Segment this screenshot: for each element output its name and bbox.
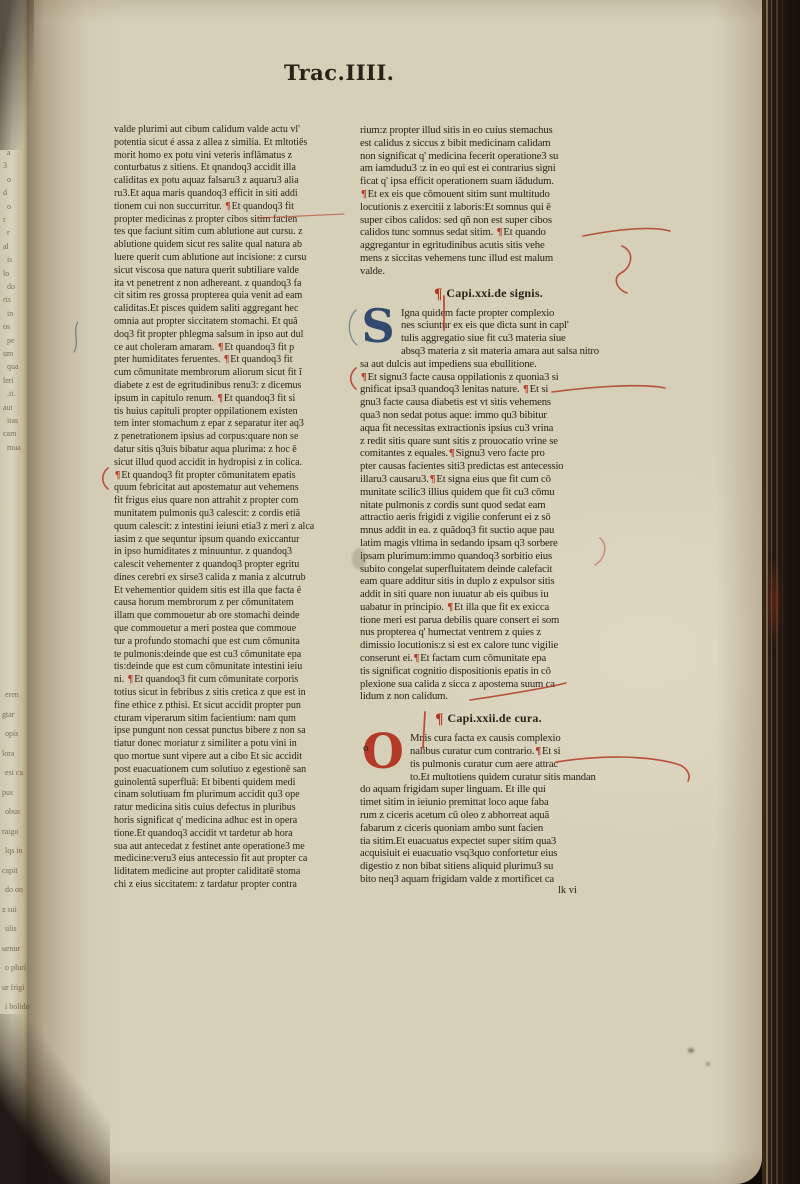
text-line: tia sitim.Et euacuatus expectet super si… xyxy=(360,835,616,848)
text-line: valde. xyxy=(360,265,616,278)
text-line: z penetrationem ipsius ad corpus:quare n… xyxy=(114,431,346,444)
edge-text-fragment: pe xyxy=(7,336,15,345)
edge-text-fragment: o xyxy=(7,202,11,211)
edge-text-fragment: eren xyxy=(5,690,19,699)
text-line: am iamdudu3 :z in eo qui est ei contrari… xyxy=(360,162,616,175)
edge-text-fragment: os xyxy=(3,322,10,331)
show-through-stain xyxy=(352,548,366,570)
text-line: nus propterea q' humectat ventrem z quie… xyxy=(360,626,616,639)
paragraph-de-signis: S Igna quidem facte propter complexiones… xyxy=(360,307,616,704)
text-line: tiatur donec moriatur z similiter a potu… xyxy=(114,738,346,751)
edge-text-fragment: lora xyxy=(2,749,14,758)
edge-text-fragment: pus xyxy=(2,788,13,797)
text-line: causa horum membrorum z per cōmunitatem xyxy=(114,597,346,610)
pilcrow-mark: ¶ xyxy=(446,601,454,613)
text-line: aqua fit necessitas extractionis ipsius … xyxy=(360,422,616,435)
text-line: non significat q' medicina fecerit opera… xyxy=(360,150,616,163)
text-line: Et vehementior quidem sitis est illa que… xyxy=(114,585,346,598)
paragraph-de-cura: Oo Mnis cura facta ex causis complexiona… xyxy=(360,732,616,886)
text-line: tulis aggregatio siue fit cu3 materia si… xyxy=(360,332,616,345)
edge-text-fragment: lqs in xyxy=(5,846,23,855)
text-line: totius sicut in febribus z sitis cretica… xyxy=(114,687,346,700)
pilcrow-mark: ¶ xyxy=(360,371,368,383)
chapter-heading-text: Capi.xxii.de cura. xyxy=(448,711,542,725)
edge-text-fragment: z sui xyxy=(2,905,17,914)
text-line: nes sciuntur ex eis que dicta sunt in ca… xyxy=(360,319,616,332)
text-line: est calidus z siccus z bibit medicinam c… xyxy=(360,137,616,150)
text-line: ipse pungunt non cessat punctus bibere z… xyxy=(114,725,346,738)
edge-text-fragment: ris xyxy=(3,295,11,304)
edge-text-fragment: .ii. xyxy=(7,389,15,398)
text-line: locutionis z exercitii z laboris:Et somn… xyxy=(360,201,616,214)
chapter-heading-text: Capi.xxi.de signis. xyxy=(446,286,543,300)
edge-text-fragment: do on xyxy=(5,885,23,894)
pilcrow-icon: ¶ xyxy=(434,711,444,727)
text-line: do aquam frigidam super linguam. Et ille… xyxy=(360,783,616,796)
text-line: horis significat q' medicina adhuc est i… xyxy=(114,815,346,828)
text-line: propter medicinas z propter cibos sitim … xyxy=(114,214,346,227)
text-line: pter humiditates feruentes. ¶Et quandoq3… xyxy=(114,354,346,367)
text-line: ita vt penetrent z non adhereant. z quan… xyxy=(114,278,346,291)
text-line: cinam solutiuam fm plurimum accidit qu3 … xyxy=(114,789,346,802)
text-line: tes que faciunt sitim cum ablutione aut … xyxy=(114,226,346,239)
text-line: lidum z non calidum. xyxy=(360,690,616,703)
text-line: ni. ¶Et quandoq3 fit cum cōmunitate corp… xyxy=(114,674,346,687)
edge-text-fragment: r xyxy=(3,215,6,224)
text-line: mnus addit in ea. z quãdoq3 fit suctio a… xyxy=(360,524,616,537)
text-line: dimissio locutionis:z si est ex calore t… xyxy=(360,639,616,652)
text-line: ¶Et signu3 facte causa oppilationis z qu… xyxy=(360,371,616,384)
text-line: tis:deinde que est cum cōmunitate intest… xyxy=(114,661,346,674)
gutter-shadow xyxy=(27,0,87,1184)
text-line: post euacuationem cum solutiuo z egestio… xyxy=(114,764,346,777)
edge-text-fragment: opis xyxy=(5,729,18,738)
text-line: z redit sitis quare sunt sitis z prouoca… xyxy=(360,435,616,448)
text-line: aggregantur in egritudinibus acutis siti… xyxy=(360,239,616,252)
text-line: acquisiuit ei euacuatio vsq3quo conforte… xyxy=(360,847,616,860)
text-line: potentia sicut é assa z allea z similia.… xyxy=(114,137,346,150)
text-line: quo mortue sunt vipere aut a cibo Et sic… xyxy=(114,751,346,764)
text-line: qua3 non sedat potus aque: immo qu3 bibi… xyxy=(360,409,616,422)
text-line: quum calescit: z intestini ieiuni etia3 … xyxy=(114,521,346,534)
book-page: Trac.IIII. valde plurimi aut cibum calid… xyxy=(0,0,762,1184)
edge-text-fragment: itas xyxy=(7,416,18,425)
pilcrow-mark: ¶ xyxy=(217,393,224,404)
text-line: tem inter stomachum z epar z separatur i… xyxy=(114,418,346,431)
text-line: sa aut dulcis aut impediens sua ebulliti… xyxy=(360,358,616,371)
paragraph: rium:z propter illud sitis in eo cuius s… xyxy=(360,124,616,278)
pilcrow-mark: ¶ xyxy=(448,447,456,459)
edge-text-fragment: o plurí xyxy=(5,963,26,972)
edge-text-fragment: d xyxy=(3,188,7,197)
text-line: gnificat ipsa3 quandoq3 lenitas nature. … xyxy=(360,383,616,396)
edge-text-fragment: o xyxy=(7,175,11,184)
pilcrow-mark: ¶ xyxy=(217,342,224,353)
left-text-column: valde plurimi aut cibum calidum valde ac… xyxy=(114,124,346,892)
ink-speck xyxy=(688,1048,694,1053)
guide-letter: o xyxy=(363,745,368,754)
edge-text-fragment: uenur xyxy=(2,944,20,953)
ink-speck xyxy=(706,1062,710,1066)
edge-text-fragment: est ca xyxy=(5,768,23,777)
text-line: cum cōmunitate membrorum aliorum sicut f… xyxy=(114,367,346,380)
decorated-initial-o: Oo xyxy=(360,732,406,771)
edge-text-fragment: mua xyxy=(7,443,21,452)
text-line: comitantes z equales.¶Signu3 vero facte … xyxy=(360,447,616,460)
text-line: diabete z est de egritudinibus renu3: z … xyxy=(114,380,346,393)
text-line: tione.Et quandoq3 accidit vt tardetur ab… xyxy=(114,828,346,841)
text-line: ratur medicina sitis cuius defectus in p… xyxy=(114,802,346,815)
binding-shadow-top xyxy=(0,0,34,150)
edge-text-fragment: al xyxy=(3,242,9,251)
text-line: bito neq3 aquam frigidam valde z mortifi… xyxy=(360,873,616,886)
text-line: addit in siti quare non iuuatur ab eis q… xyxy=(360,588,616,601)
text-line: in ipso humiditates z minuuntur. z quand… xyxy=(114,546,346,559)
text-line: ¶Et quandoq3 fit propter cōmunitatem epa… xyxy=(114,470,346,483)
text-line: sicut viscosa que natura querit subtilia… xyxy=(114,265,346,278)
text-line: fine ethice z pthisi. Et sicut accidit p… xyxy=(114,700,346,713)
text-line: que commouetur a meri postea que commoue xyxy=(114,623,346,636)
edge-text-fragment: capit xyxy=(2,866,18,875)
text-line: Igna quidem facte propter complexio xyxy=(360,307,616,320)
edge-text-fragment: ulis xyxy=(5,924,17,933)
text-line: medicine:veru3 eius antecessio fit aut p… xyxy=(114,853,346,866)
text-line: cturam viperarum sitim facientium: nam q… xyxy=(114,713,346,726)
text-line: morit homo ex potu vini veteris inflāmat… xyxy=(114,150,346,163)
text-line: munitatem pulmonis qu3 calescit: z cordi… xyxy=(114,508,346,521)
text-line: tur a profundo stomachi que est cum cōmu… xyxy=(114,636,346,649)
text-line: valde plurimi aut cibum calidum valde ac… xyxy=(114,124,346,137)
text-line: caliditas.Et pisces quidem saliti aggreg… xyxy=(114,303,346,316)
paragraph: valde plurimi aut cibum calidum valde ac… xyxy=(114,124,346,892)
pilcrow-mark: ¶ xyxy=(429,473,437,485)
edge-text-fragment: 3 xyxy=(3,161,7,170)
text-line: sua aut antecedat z festinet ante operat… xyxy=(114,841,346,854)
text-line: digestio z non bibat sitiens aliquid plu… xyxy=(360,860,616,873)
text-line: sicut illud quod accidit in hydropisi z … xyxy=(114,457,346,470)
edge-text-fragment: lo xyxy=(3,269,9,278)
text-line: doq3 fit propter phlegma salsum in ipso … xyxy=(114,329,346,342)
edge-text-fragment: is xyxy=(7,255,12,264)
text-line: tis huius capituli propter oppilationem … xyxy=(114,406,346,419)
text-line: calidos tunc somnus sedat sitim. ¶Et qua… xyxy=(360,226,616,239)
text-line: guinolentã superfluã: Et bibenti quidem … xyxy=(114,777,346,790)
text-line: rium:z propter illud sitis in eo cuius s… xyxy=(360,124,616,137)
text-line: mens z siccitas vehemens tunc illud est … xyxy=(360,252,616,265)
edge-text-fragment: leri xyxy=(3,376,14,385)
right-text-column: rium:z propter illud sitis in eo cuius s… xyxy=(360,124,616,886)
text-line: chi z eius siccitatem: z tardatur propte… xyxy=(114,879,346,892)
text-line: conturbatus z sitiens. Et qnandoq3 accid… xyxy=(114,162,346,175)
red-stain xyxy=(766,556,782,648)
text-line: fit frigus eius quare non attrahit z pro… xyxy=(114,495,346,508)
text-line: subito congelat superfluitatem deinde ca… xyxy=(360,563,616,576)
text-line: datur sitis q3uis bibatur aqua plurima: … xyxy=(114,444,346,457)
text-line: iasim z que sequntur ipsum quando exicca… xyxy=(114,534,346,547)
text-line: absq3 materia z sit materia amara aut sa… xyxy=(360,345,616,358)
text-line: super cibos calidos: sed qñ non est supe… xyxy=(360,214,616,227)
pilcrow-mark: ¶ xyxy=(496,226,504,238)
text-line: eam quare additur sitis in duplo z expul… xyxy=(360,575,616,588)
text-line: ru3.Et aqua maris quandoq3 efficit in si… xyxy=(114,188,346,201)
pilcrow-icon: ¶ xyxy=(433,286,443,302)
pilcrow-mark: ¶ xyxy=(413,652,421,664)
pilcrow-mark: ¶ xyxy=(360,188,368,200)
text-line: illam que commouetur ab ore stomachi dei… xyxy=(114,610,346,623)
text-line: conserunt ei.¶Et factam cum cōmunitate e… xyxy=(360,652,616,665)
text-line: omnia aut propter siccitatem stomachi. E… xyxy=(114,316,346,329)
text-line: fabarum z ciceris quoniam ambo sunt faci… xyxy=(360,822,616,835)
text-line: te pulmonis:deinde que est cu3 cōmunitat… xyxy=(114,649,346,662)
text-line: tione meri est parua debilis quare conse… xyxy=(360,614,616,627)
text-line: tis significat cognitio dispositionis ep… xyxy=(360,665,616,678)
text-line: ipsum in capitulo renum. ¶Et quandoq3 fi… xyxy=(114,393,346,406)
text-line: uabatur in principio. ¶Et illa que fit e… xyxy=(360,601,616,614)
chapter-heading-xxi: ¶Capi.xxi.de signis. xyxy=(360,285,616,301)
edge-text-fragment: raigo xyxy=(2,827,18,836)
text-line: ipsam plurimum:immo quandoq3 sorbitio ei… xyxy=(360,550,616,563)
text-line: ce aut choleram amaram. ¶Et quandoq3 fit… xyxy=(114,342,346,355)
edge-text-fragment: do xyxy=(7,282,15,291)
edge-text-fragment: cam xyxy=(3,429,16,438)
text-line: latim magis vltima in sedando ipsam q3 s… xyxy=(360,537,616,550)
text-line: rum z ciceris acetum cū oleo z abhorreat… xyxy=(360,809,616,822)
binding-shadow-bottom xyxy=(0,1014,110,1184)
quire-signature: lk vi xyxy=(558,885,577,896)
text-line: ¶Et ex eis que cōmouent sitim sunt multi… xyxy=(360,188,616,201)
edge-text-fragment: ur frigi xyxy=(2,983,24,992)
text-line: ficat q' ipsa efficit operationem suam i… xyxy=(360,175,616,188)
pilcrow-mark: ¶ xyxy=(127,674,134,685)
text-line: tionem cui non succurritur. ¶Et quandoq3… xyxy=(114,201,346,214)
edge-text-fragment: gtar xyxy=(2,710,14,719)
text-line: timet sitim in ieiunio premittat loco aq… xyxy=(360,796,616,809)
text-line: munitate scilic3 illius quidem que fit c… xyxy=(360,486,616,499)
text-line: attractio aeris frigidi z vigilie confer… xyxy=(360,511,616,524)
text-line: calescit vehementer z quandoq3 propter e… xyxy=(114,559,346,572)
pilcrow-mark: ¶ xyxy=(223,354,230,365)
adjacent-page-edge: a3odorralislodorisinospeumqualeri.ii.aut… xyxy=(0,0,27,1184)
text-line: liditatem medicine aut propter caliditat… xyxy=(114,866,346,879)
edge-text-fragment: r xyxy=(7,228,10,237)
text-line: illaru3 causaru3.¶Et signa eius que fit … xyxy=(360,473,616,486)
edge-text-fragment: in xyxy=(7,309,13,318)
text-line: nitate pulmonis z cordis sunt quod sedat… xyxy=(360,499,616,512)
text-line: caliditas ex potu aquaz falsaru3 z aquar… xyxy=(114,175,346,188)
edge-text-fragment: aut xyxy=(3,403,13,412)
pilcrow-mark: ¶ xyxy=(534,745,542,757)
edge-text-fragment: um xyxy=(3,349,13,358)
text-line: pter causas facientes siti3 predictas es… xyxy=(360,460,616,473)
text-line: luere querit cum ablutione aut incisione… xyxy=(114,252,346,265)
edge-text-fragment: obus xyxy=(5,807,20,816)
text-line: cit sitim res grossa propterea quia veni… xyxy=(114,290,346,303)
pilcrow-mark: ¶ xyxy=(522,383,530,395)
edge-text-fragment: i bolido xyxy=(5,1002,30,1011)
decorated-initial-s: S xyxy=(360,307,396,346)
pilcrow-mark: ¶ xyxy=(114,470,121,481)
text-line: gnu3 facte causa diabetis est vt sitis v… xyxy=(360,396,616,409)
text-line: dines cerebri ex sirse3 calida z mania z… xyxy=(114,572,346,585)
text-line: quum febricitat aut apostematur aut vehe… xyxy=(114,482,346,495)
edge-text-fragment: qua xyxy=(7,362,19,371)
pilcrow-mark: ¶ xyxy=(224,201,231,212)
running-header: Trac.IIII. xyxy=(284,60,394,85)
text-line: plexione sua calida z sicca z apostema s… xyxy=(360,678,616,691)
text-line: ablutione quidem sicut res salite qual n… xyxy=(114,239,346,252)
paragraph-lines: Igna quidem facte propter complexiones s… xyxy=(360,307,616,704)
